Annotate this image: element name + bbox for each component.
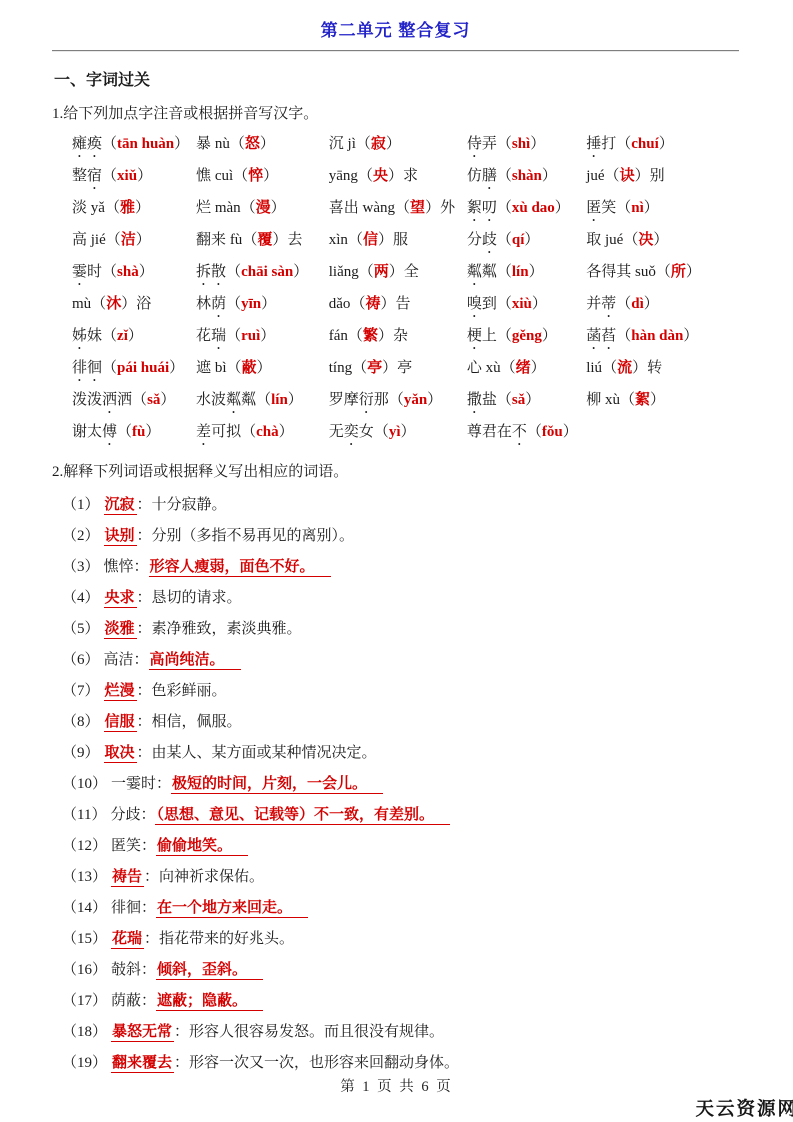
paren: ） bbox=[380, 296, 395, 312]
hanzi-text: ：向神祈求保佑。 bbox=[144, 869, 264, 885]
hanzi-text: 服 bbox=[393, 232, 408, 248]
dotted-hanzi-text: 粼 bbox=[226, 392, 241, 408]
paren: ） bbox=[260, 328, 275, 344]
paren: （ bbox=[132, 392, 147, 408]
hanzi-text: ：素净雅致，素淡典雅。 bbox=[137, 621, 302, 637]
dotted-hanzi-text: 不 bbox=[512, 424, 527, 440]
pinyin-row: 瘫痪（tān huàn）暴 nù（怒）沉 jì（寂）侍弄（shì）捶打（chuí… bbox=[72, 129, 739, 161]
paren: （ bbox=[356, 136, 371, 152]
hanzi-text: 上 bbox=[482, 328, 497, 344]
pinyin-cell: 心 xù（绪） bbox=[467, 353, 586, 385]
definition-item: （18）暴怒无常：形容人很容易发怒。而且很没有规律。 bbox=[62, 1017, 739, 1048]
dotted-hanzi-text: 膳 bbox=[482, 168, 497, 184]
definition-item: （12）匿笑：偷偷地笑。 bbox=[62, 831, 739, 862]
pinyin-cell: jué（诀）别 bbox=[586, 161, 739, 193]
definition-item: （8）信服：相信，佩服。 bbox=[62, 707, 739, 738]
title-divider bbox=[52, 50, 739, 52]
hanzi-text: 转 bbox=[647, 360, 662, 376]
hanzi-text: 徘徊： bbox=[111, 900, 156, 916]
pinyin-cell: 高 jié（洁） bbox=[72, 225, 196, 257]
answer-underlined: 诀别 bbox=[104, 528, 137, 546]
answer-underlined: 信服 bbox=[104, 714, 137, 732]
answer-underlined: 烂漫 bbox=[104, 683, 137, 701]
answer-text: ruì bbox=[241, 328, 260, 344]
answer-text: 所 bbox=[671, 264, 686, 280]
pinyin-cell: 憔 cuì（悴） bbox=[196, 161, 329, 193]
dotted-hanzi-text: 歧 bbox=[482, 232, 497, 248]
pinyin-text: yǎ bbox=[91, 200, 105, 216]
pinyin-cell: 花瑞（ruì） bbox=[196, 321, 329, 353]
paren: （ bbox=[374, 424, 389, 440]
paren: （ bbox=[497, 136, 512, 152]
answer-underlined: 高尚纯洁。 bbox=[149, 652, 241, 670]
definition-number: （12） bbox=[62, 838, 107, 854]
paren: ） bbox=[632, 360, 647, 376]
definition-number: （8） bbox=[62, 714, 100, 730]
paren: ） bbox=[401, 424, 416, 440]
paren: ） bbox=[386, 136, 401, 152]
definition-number: （10） bbox=[62, 776, 107, 792]
hanzi-text: 无 bbox=[329, 424, 344, 440]
hanzi-text: 粼 bbox=[241, 392, 256, 408]
pinyin-cell: 罗摩衍那（yǎn） bbox=[329, 385, 467, 417]
hanzi-text: 烂 bbox=[196, 200, 215, 216]
hanzi-text: ：分别（多指不易再见的离别）。 bbox=[137, 528, 355, 544]
pinyin-text: fù bbox=[230, 232, 243, 248]
pinyin-cell: 絮叨（xù dao） bbox=[467, 193, 586, 225]
paren: ） bbox=[555, 200, 570, 216]
pinyin-cell: liǎng（两）全 bbox=[329, 257, 467, 289]
answer-text: yīn bbox=[241, 296, 261, 312]
paren: ） bbox=[524, 232, 539, 248]
pinyin-cell: 取 jué（决） bbox=[586, 225, 739, 257]
dotted-hanzi-text: 梗 bbox=[467, 328, 482, 344]
pinyin-text: màn bbox=[215, 200, 241, 216]
paren: （ bbox=[348, 232, 363, 248]
paren: （ bbox=[102, 168, 117, 184]
answer-text: qí bbox=[512, 232, 525, 248]
pinyin-text: nù bbox=[215, 136, 230, 152]
paren: ） bbox=[542, 168, 557, 184]
pinyin-cell: 烂 màn（漫） bbox=[196, 193, 329, 225]
pinyin-cell: tíng（亭）亭 bbox=[329, 353, 467, 385]
answer-text: xiù bbox=[512, 296, 532, 312]
definition-item: （10）一霎时：极短的时间，片刻，一会儿。 bbox=[62, 769, 739, 800]
answer-text: sǎ bbox=[147, 392, 160, 408]
dotted-hanzi-text: 粼 bbox=[467, 264, 482, 280]
answer-text: 寂 bbox=[371, 136, 386, 152]
hanzi-text: 妹 bbox=[87, 328, 102, 344]
answer-text: chāi sàn bbox=[241, 264, 293, 280]
pinyin-cell: dǎo（祷）告 bbox=[329, 289, 467, 321]
answer-underlined: 央求 bbox=[104, 590, 137, 608]
paren: ） bbox=[136, 232, 151, 248]
paren: （ bbox=[348, 328, 363, 344]
definition-item: （14）徘徊：在一个地方来回走。 bbox=[62, 893, 739, 924]
pinyin-cell: 无奕女（yì） bbox=[329, 417, 467, 449]
pinyin-cell: 暴 nù（怒） bbox=[196, 129, 329, 161]
definition-item: （17）荫蔽：遮蔽；隐蔽。 bbox=[62, 986, 739, 1017]
answer-text: 两 bbox=[374, 264, 389, 280]
hanzi-text: 整 bbox=[72, 168, 87, 184]
hanzi-text: 全 bbox=[404, 264, 419, 280]
paren: （ bbox=[102, 264, 117, 280]
paren: ） bbox=[563, 424, 578, 440]
page-number: 第 1 页 共 6 页 bbox=[0, 1075, 793, 1096]
paren: （ bbox=[241, 200, 256, 216]
hanzi-text: 花 bbox=[196, 328, 211, 344]
paren: （ bbox=[106, 232, 121, 248]
paren: ） bbox=[529, 264, 544, 280]
definition-number: （14） bbox=[62, 900, 107, 916]
paren: （ bbox=[605, 168, 620, 184]
paren: （ bbox=[241, 424, 256, 440]
pinyin-cell: 菡萏（hàn dàn） bbox=[586, 321, 739, 353]
paren: （ bbox=[620, 392, 635, 408]
paren: （ bbox=[389, 392, 404, 408]
answer-underlined: 沉寂 bbox=[104, 497, 137, 515]
hanzi-text: 弄 bbox=[482, 136, 497, 152]
answer-text: pái huái bbox=[117, 360, 169, 376]
answer-text: nì bbox=[631, 200, 644, 216]
paren: （ bbox=[497, 328, 512, 344]
paren: ） bbox=[135, 200, 150, 216]
answer-text: 流 bbox=[617, 360, 632, 376]
pinyin-row: 淡 yǎ（雅）烂 màn（漫）喜出 wàng（望）外絮叨（xù dao）匿笑（n… bbox=[72, 193, 739, 225]
definition-number: （1） bbox=[62, 497, 100, 513]
paren: ） bbox=[261, 296, 276, 312]
dotted-hanzi-text: 絮叨 bbox=[467, 200, 497, 216]
paren: （ bbox=[102, 328, 117, 344]
definition-number: （17） bbox=[62, 993, 107, 1009]
paren: （ bbox=[226, 328, 241, 344]
pinyin-cell: 瘫痪（tān huàn） bbox=[72, 129, 196, 161]
definition-number: （19） bbox=[62, 1055, 107, 1071]
definition-item: （2）诀别：分别（多指不易再见的离别）。 bbox=[62, 521, 739, 552]
answer-underlined: 偷偷地笑。 bbox=[156, 838, 248, 856]
pinyin-cell: 撒盐（sǎ） bbox=[467, 385, 586, 417]
paren: ） bbox=[425, 200, 440, 216]
paren: （ bbox=[395, 200, 410, 216]
pinyin-text: wàng bbox=[363, 200, 396, 216]
answer-underlined: 在一个地方来回走。 bbox=[156, 900, 308, 918]
hanzi-text: ：形容一次又一次，也形容来回翻动身体。 bbox=[174, 1055, 459, 1071]
paren: ） bbox=[145, 424, 160, 440]
paren: ） bbox=[542, 328, 557, 344]
pinyin-cell: xìn（信）服 bbox=[329, 225, 467, 257]
answer-text: 绪 bbox=[516, 360, 531, 376]
answer-underlined: 遮蔽；隐蔽。 bbox=[156, 993, 263, 1011]
answer-text: 繁 bbox=[363, 328, 378, 344]
pinyin-cell: 整宿（xiǔ） bbox=[72, 161, 196, 193]
answer-underlined: 翻来覆去 bbox=[111, 1055, 174, 1073]
paren: （ bbox=[91, 296, 106, 312]
pinyin-text: jué bbox=[586, 168, 604, 184]
hanzi-text: 喜出 bbox=[329, 200, 363, 216]
dotted-hanzi-text: 侍 bbox=[467, 136, 482, 152]
pinyin-cell: 各得其 suǒ（所） bbox=[586, 257, 739, 289]
definition-number: （6） bbox=[62, 652, 100, 668]
paren: （ bbox=[497, 168, 512, 184]
answer-text: fù bbox=[132, 424, 145, 440]
paren: （ bbox=[497, 296, 512, 312]
hanzi-text: 尊君在 bbox=[467, 424, 512, 440]
paren: ） bbox=[378, 232, 393, 248]
answer-text: dì bbox=[631, 296, 644, 312]
paren: （ bbox=[497, 264, 512, 280]
pinyin-cell: 仿膳（shàn） bbox=[467, 161, 586, 193]
answer-text: lín bbox=[512, 264, 529, 280]
hanzi-text: 去 bbox=[287, 232, 302, 248]
paren: （ bbox=[616, 296, 631, 312]
pinyin-row: 姊妹（zǐ）花瑞（ruì）fán（繁）杂梗上（gěng）菡萏（hàn dàn） bbox=[72, 321, 739, 353]
definition-number: （13） bbox=[62, 869, 107, 885]
paren: ） bbox=[293, 264, 308, 280]
definition-number: （4） bbox=[62, 590, 100, 606]
paren: ） bbox=[382, 360, 397, 376]
pinyin-text: yāng bbox=[329, 168, 358, 184]
answer-text: 漫 bbox=[256, 200, 271, 216]
dotted-hanzi-text: 霎 bbox=[72, 264, 87, 280]
pinyin-text: mù bbox=[72, 296, 91, 312]
paren: ） bbox=[260, 136, 275, 152]
answer-text: 决 bbox=[638, 232, 653, 248]
pinyin-cell: 谢太傅（fù） bbox=[72, 417, 196, 449]
dotted-hanzi-text: 撒 bbox=[467, 392, 482, 408]
hanzi-text: 仿 bbox=[467, 168, 482, 184]
paren: ） bbox=[389, 264, 404, 280]
pinyin-cell: 姊妹（zǐ） bbox=[72, 321, 196, 353]
paren: ） bbox=[683, 328, 698, 344]
pinyin-cell: 并蒂（dì） bbox=[586, 289, 739, 321]
hanzi-text: 匿笑： bbox=[111, 838, 156, 854]
hanzi-text: 浴 bbox=[136, 296, 151, 312]
definition-number: （9） bbox=[62, 745, 100, 761]
hanzi-text: ：恳切的请求。 bbox=[137, 590, 242, 606]
paren: （ bbox=[501, 360, 516, 376]
hanzi-text: 笑 bbox=[601, 200, 616, 216]
paren: ） bbox=[388, 168, 403, 184]
page: 第二单元 整合复习 一、字词过关 1.给下列加点字注音或根据拼音写汉字。 瘫痪（… bbox=[0, 0, 793, 1079]
hanzi-text: 柳 bbox=[586, 392, 605, 408]
pinyin-text: xù bbox=[486, 360, 501, 376]
hanzi-text: 荫蔽： bbox=[111, 993, 156, 1009]
pinyin-cell: 匿笑（nì） bbox=[586, 193, 739, 225]
pinyin-row: 谢太傅（fù）差可拟（chà）无奕女（yì）尊君在不（fǒu） bbox=[72, 417, 739, 449]
pinyin-text: suǒ bbox=[635, 264, 656, 280]
hanzi-text: 攲斜： bbox=[111, 962, 156, 978]
hanzi-text: 高 bbox=[72, 232, 91, 248]
paren: ） bbox=[378, 328, 393, 344]
paren: （ bbox=[616, 136, 631, 152]
pinyin-cell: 柳 xù（絮） bbox=[586, 385, 739, 417]
answer-underlined: 形容人瘦弱，面色不好。 bbox=[149, 559, 331, 577]
paren: ） bbox=[532, 296, 547, 312]
hanzi-text: 杂 bbox=[393, 328, 408, 344]
hanzi-text: 女 bbox=[359, 424, 374, 440]
definition-number: （5） bbox=[62, 621, 100, 637]
paren: ） bbox=[121, 296, 136, 312]
answer-underlined: 暴怒无常 bbox=[111, 1024, 174, 1042]
definition-number: （3） bbox=[62, 559, 100, 575]
definitions-list: （1）沉寂：十分寂静。（2）诀别：分别（多指不易再见的离别）。（3）憔悴：形容人… bbox=[62, 490, 739, 1079]
hanzi-text: 到 bbox=[482, 296, 497, 312]
paren: ） bbox=[644, 296, 659, 312]
paren: （ bbox=[226, 360, 241, 376]
paren: （ bbox=[497, 232, 512, 248]
pinyin-row: 泼泼洒洒（sǎ）水波粼粼（lín）罗摩衍那（yǎn）撒盐（sǎ）柳 xù（絮） bbox=[72, 385, 739, 417]
pinyin-cell: 捶打（chuí） bbox=[586, 129, 739, 161]
pinyin-cell: 分歧（qí） bbox=[467, 225, 586, 257]
hanzi-text: 高洁： bbox=[104, 652, 149, 668]
definition-number: （2） bbox=[62, 528, 100, 544]
dotted-hanzi-text: 蒂 bbox=[601, 296, 616, 312]
paren: （ bbox=[102, 136, 117, 152]
pinyin-row: 徘徊（pái huái）遮 bì（蔽）tíng（亭）亭心 xù（绪）liú（流）… bbox=[72, 353, 739, 385]
pinyin-cell: 梗上（gěng） bbox=[467, 321, 586, 353]
paren: （ bbox=[226, 296, 241, 312]
definition-number: （16） bbox=[62, 962, 107, 978]
answer-text: 沐 bbox=[106, 296, 121, 312]
pinyin-cell: 遮 bì（蔽） bbox=[196, 353, 329, 385]
definition-number: （7） bbox=[62, 683, 100, 699]
hanzi-text: 沉 bbox=[329, 136, 348, 152]
pinyin-cell: yāng（央）求 bbox=[329, 161, 467, 193]
pinyin-text: jié bbox=[91, 232, 106, 248]
paren: （ bbox=[359, 264, 374, 280]
pinyin-cell: 水波粼粼（lín） bbox=[196, 385, 329, 417]
task2-instruction: 2.解释下列词语或根据释义写出相应的词语。 bbox=[52, 460, 739, 481]
answer-text: 洁 bbox=[121, 232, 136, 248]
paren: （ bbox=[602, 360, 617, 376]
answer-text: yǎn bbox=[404, 392, 427, 408]
hanzi-text: ：色彩鲜丽。 bbox=[137, 683, 227, 699]
answer-text: chuí bbox=[631, 136, 659, 152]
hanzi-text: 遮 bbox=[196, 360, 215, 376]
paren: ） bbox=[128, 328, 143, 344]
hanzi-text: 打 bbox=[601, 136, 616, 152]
hanzi-text: 分歧： bbox=[110, 807, 155, 823]
hanzi-text: 罗摩 bbox=[329, 392, 359, 408]
task1-instruction: 1.给下列加点字注音或根据拼音写汉字。 bbox=[52, 102, 739, 123]
pinyin-cell: 差可拟（chà） bbox=[196, 417, 329, 449]
paren: （ bbox=[256, 392, 271, 408]
definition-item: （5）淡雅：素净雅致，素淡典雅。 bbox=[62, 614, 739, 645]
pinyin-cell: 沉 jì（寂） bbox=[329, 129, 467, 161]
paren: ） bbox=[272, 232, 287, 248]
answer-underlined: 祷告 bbox=[111, 869, 144, 887]
definition-item: （9）取决：由某人、某方面或某种情况决定。 bbox=[62, 738, 739, 769]
answer-text: shàn bbox=[512, 168, 542, 184]
paren: ） bbox=[525, 392, 540, 408]
answer-text: tān huàn bbox=[117, 136, 174, 152]
hanzi-text: 泼泼 bbox=[72, 392, 102, 408]
pinyin-cell: 尊君在不（fǒu） bbox=[467, 417, 586, 449]
paren: ） bbox=[644, 200, 659, 216]
answer-text: lín bbox=[271, 392, 288, 408]
pinyin-text: tíng bbox=[329, 360, 352, 376]
pinyin-cell: 翻来 fù（覆）去 bbox=[196, 225, 329, 257]
pinyin-grid: 瘫痪（tān huàn）暴 nù（怒）沉 jì（寂）侍弄（shì）捶打（chuí… bbox=[72, 129, 739, 449]
paren: （ bbox=[117, 424, 132, 440]
paren: （ bbox=[233, 168, 248, 184]
hanzi-text: 取 bbox=[586, 232, 605, 248]
pinyin-text: cuì bbox=[215, 168, 233, 184]
paren: （ bbox=[242, 232, 257, 248]
answer-text: xù dao bbox=[512, 200, 555, 216]
hanzi-text: ：相信，佩服。 bbox=[137, 714, 242, 730]
answer-text: 怒 bbox=[245, 136, 260, 152]
answer-text: chà bbox=[256, 424, 279, 440]
paren: ） bbox=[279, 424, 294, 440]
hanzi-text: 并 bbox=[586, 296, 601, 312]
definition-item: （11）分歧：（思想、意见、记载等）不一致，有差别。 bbox=[62, 800, 739, 831]
hanzi-text: 憔 bbox=[196, 168, 215, 184]
answer-text: 悴 bbox=[248, 168, 263, 184]
answer-text: shì bbox=[512, 136, 530, 152]
hanzi-text: 翻来 bbox=[196, 232, 230, 248]
dotted-hanzi-text: 衍 bbox=[359, 392, 374, 408]
paren: （ bbox=[497, 392, 512, 408]
hanzi-text: 告 bbox=[395, 296, 410, 312]
hanzi-text: 别 bbox=[650, 168, 665, 184]
hanzi-text: ：十分寂静。 bbox=[137, 497, 227, 513]
paren: ） bbox=[659, 136, 674, 152]
pinyin-cell: 徘徊（pái huái） bbox=[72, 353, 196, 385]
pinyin-text: xìn bbox=[329, 232, 348, 248]
answer-text: 祷 bbox=[365, 296, 380, 312]
paren: （ bbox=[102, 360, 117, 376]
definition-item: （4）央求：恳切的请求。 bbox=[62, 583, 739, 614]
paren: （ bbox=[105, 200, 120, 216]
pinyin-cell: 林荫（yīn） bbox=[196, 289, 329, 321]
paren: ） bbox=[271, 200, 286, 216]
paren: （ bbox=[527, 424, 542, 440]
pinyin-cell: mù（沐）浴 bbox=[72, 289, 196, 321]
hanzi-text: 各得其 bbox=[586, 264, 635, 280]
definition-item: （15）花瑞：指花带来的好兆头。 bbox=[62, 924, 739, 955]
dotted-hanzi-text: 傅 bbox=[102, 424, 117, 440]
answer-text: xiǔ bbox=[117, 168, 137, 184]
answer-text: 雅 bbox=[120, 200, 135, 216]
pinyin-cell: fán（繁）杂 bbox=[329, 321, 467, 353]
definition-number: （15） bbox=[62, 931, 107, 947]
pinyin-cell: 嗅到（xiù） bbox=[467, 289, 586, 321]
definition-item: （7）烂漫：色彩鲜丽。 bbox=[62, 676, 739, 707]
pinyin-cell: 霎时（shà） bbox=[72, 257, 196, 289]
dotted-hanzi-text: 姊 bbox=[72, 328, 87, 344]
pinyin-text: dǎo bbox=[329, 296, 351, 312]
paren: （ bbox=[497, 200, 512, 216]
dotted-hanzi-text: 瘫痪 bbox=[72, 136, 102, 152]
pinyin-row: 高 jié（洁）翻来 fù（覆）去xìn（信）服分歧（qí）取 jué（决） bbox=[72, 225, 739, 257]
paren: ） bbox=[650, 392, 665, 408]
paren: ） bbox=[288, 392, 303, 408]
pinyin-row: 整宿（xiǔ）憔 cuì（悴）yāng（央）求仿膳（shàn）jué（诀）别 bbox=[72, 161, 739, 193]
hanzi-text: 洒 bbox=[117, 392, 132, 408]
answer-underlined: 淡雅 bbox=[104, 621, 137, 639]
paren: ） bbox=[653, 232, 668, 248]
dotted-hanzi-text: 奕 bbox=[344, 424, 359, 440]
answer-text: 覆 bbox=[257, 232, 272, 248]
dotted-hanzi-text: 匿 bbox=[586, 200, 601, 216]
paren: ） bbox=[427, 392, 442, 408]
answer-underlined: 取决 bbox=[104, 745, 137, 763]
paren: （ bbox=[230, 136, 245, 152]
answer-underlined: 倾斜，歪斜。 bbox=[156, 962, 263, 980]
answer-text: 诀 bbox=[620, 168, 635, 184]
dotted-hanzi-text: 瑞 bbox=[211, 328, 226, 344]
